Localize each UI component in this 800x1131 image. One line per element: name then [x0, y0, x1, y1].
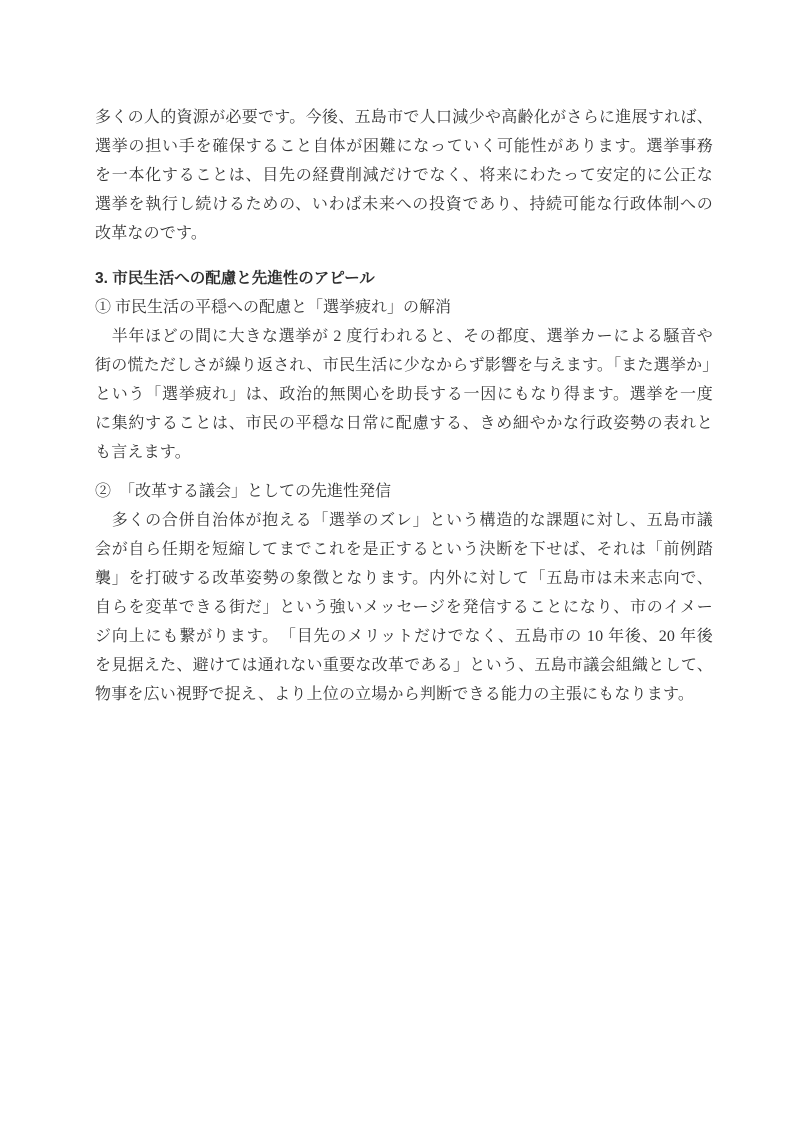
text-line: 選挙を執行し続けるための、いわば未来への投資であり、持続可能な行政体制への: [95, 190, 713, 219]
document-page: 多くの人的資源が必要です。今後、五島市で人口減少や高齢化がさらに進展すれば、 選…: [0, 0, 800, 1131]
text-line: 多くの人的資源が必要です。今後、五島市で人口減少や高齢化がさらに進展すれば、: [95, 103, 713, 132]
subsection-2-heading: ② 「改革する議会」としての先進性発信: [95, 477, 713, 506]
text-line: 物事を広い視野で捉え、より上位の立場から判断できる能力の主張にもなります。: [95, 680, 713, 709]
text-line: 改革なのです。: [95, 219, 713, 248]
text-line: 会が自ら任期を短縮してまでこれを是正するという決断を下せば、それは「前例踏: [95, 535, 713, 564]
intro-paragraph: 多くの人的資源が必要です。今後、五島市で人口減少や高齢化がさらに進展すれば、 選…: [95, 103, 713, 248]
text-line: 多くの合併自治体が抱える「選挙のズレ」という構造的な課題に対し、五島市議: [95, 506, 713, 535]
subsection-1-heading: ① 市民生活の平穏への配慮と「選挙疲れ」の解消: [95, 293, 713, 322]
text-line: も言えます。: [95, 438, 713, 467]
text-line: 選挙の担い手を確保すること自体が困難になっていく可能性があります。選挙事務: [95, 132, 713, 161]
subsection-2-paragraph: 多くの合併自治体が抱える「選挙のズレ」という構造的な課題に対し、五島市議 会が自…: [95, 506, 713, 709]
text-line: ジ向上にも繋がります。 「目先のメリットだけでなく、五島市の 10 年後、20 …: [95, 622, 713, 651]
section-3-heading: 3. 市民生活への配慮と先進性のアピール: [95, 264, 713, 293]
text-line: 襲」を打破する改革姿勢の象徴となります。内外に対して「五島市は未来志向で、: [95, 564, 713, 593]
text-line: を一本化することは、目先の経費削減だけでなく、将来にわたって安定的に公正な: [95, 161, 713, 190]
text-line: を見据えた、避けては通れない重要な改革である」という、五島市議会組織として、: [95, 651, 713, 680]
text-line: 半年ほどの間に大きな選挙が 2 度行われると、その都度、選挙カーによる騒音や: [95, 322, 713, 351]
text-line: 自らを変革できる街だ」という強いメッセージを発信することになり、市のイメー: [95, 593, 713, 622]
text-line: 街の慌ただしさが繰り返され、市民生活に少なからず影響を与えます。「また選挙か」: [95, 351, 713, 380]
text-line: に集約することは、市民の平穏な日常に配慮する、きめ細やかな行政姿勢の表れと: [95, 409, 713, 438]
text-line: という「選挙疲れ」は、政治的無関心を助長する一因にもなり得ます。選挙を一度: [95, 380, 713, 409]
subsection-1-paragraph: 半年ほどの間に大きな選挙が 2 度行われると、その都度、選挙カーによる騒音や 街…: [95, 322, 713, 467]
